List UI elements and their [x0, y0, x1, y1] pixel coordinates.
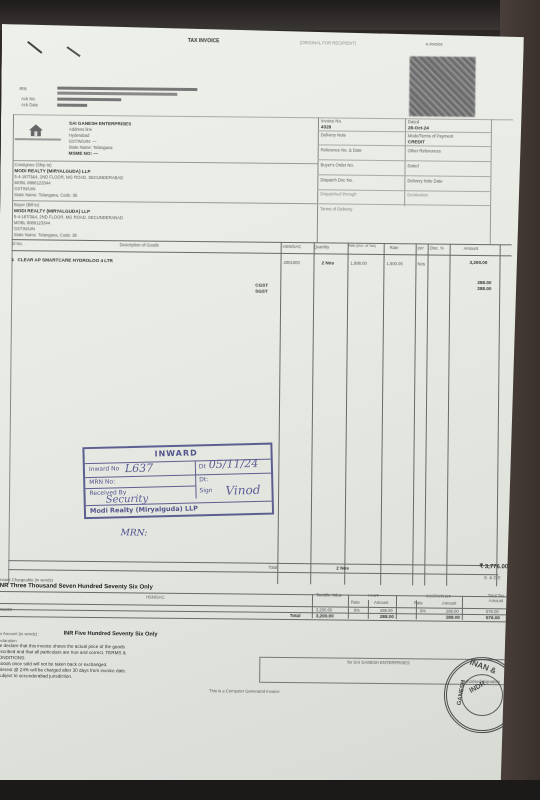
signature-for: for SAI GANESH ENTERPRISES: [347, 660, 409, 666]
invoice-number: 4328: [321, 124, 331, 129]
total-quantity: 2 Nos: [336, 566, 349, 571]
invoice-paper: TAX INVOICE (ORIGINAL FOR RECIPIENT) e-I…: [0, 24, 524, 797]
pen-mark: [27, 41, 42, 54]
amount-in-words: INR Three Thousand Seven Hundred Seventy…: [0, 583, 153, 591]
signature-vinod: Vinod: [225, 483, 260, 498]
consignee-name: MODI REALTY (MIRYALGUDA) LLP: [14, 168, 90, 174]
cgst-amount: 288.00: [477, 280, 491, 285]
ack-date-value: [57, 104, 87, 107]
payment-terms: CREDIT: [408, 139, 425, 144]
handwritten-mrn: MRN:: [121, 528, 148, 538]
irn-label: IRN: [19, 86, 26, 91]
buyer-name: MODI REALTY (MIRYALGUDA) LLP: [14, 208, 90, 214]
consignee-label: Consignee (Ship to): [15, 162, 52, 167]
invoice-title: TAX INVOICE: [188, 38, 220, 44]
inward-number: L637: [125, 461, 154, 475]
item-amount: 3,200.00: [470, 260, 488, 265]
inward-date: 05/11/24: [209, 457, 259, 471]
seller-logo-icon: [29, 124, 43, 136]
ack-date-label: Ack Date: [21, 102, 38, 107]
sgst-amount: 288.00: [477, 286, 491, 291]
copy-label: (ORIGINAL FOR RECIPIENT): [300, 40, 356, 46]
buyer-label: Buyer (Bill to): [14, 202, 39, 207]
photo-background-top: [0, 0, 540, 30]
einvoice-label: e-Invoice: [426, 41, 443, 46]
tax-in-words: INR Five Hundred Seventy Six Only: [64, 631, 158, 638]
qr-code: [409, 56, 476, 117]
item-description: CLEAR AP SMARTCARE HYDROLOO 4 LTR: [18, 257, 113, 263]
irn-value-cont: [57, 92, 177, 96]
photo-background-bottom: [0, 780, 540, 800]
ack-no-value: [57, 98, 121, 102]
pen-mark: [67, 46, 81, 57]
total-amount: ₹ 3,776.00: [479, 563, 508, 570]
ack-no-label: Ack No.: [21, 96, 36, 101]
computer-generated-note: This is a Computer Generated Invoice: [209, 688, 280, 694]
inward-stamp: INWARD Inward No L637 Dt 05/11/24 MRN No…: [82, 443, 274, 520]
irn-value: [57, 87, 197, 91]
invoice-date: 28-Oct-24: [408, 125, 429, 130]
seller-name: SAI GANESH ENTERPRISES: [69, 121, 131, 127]
